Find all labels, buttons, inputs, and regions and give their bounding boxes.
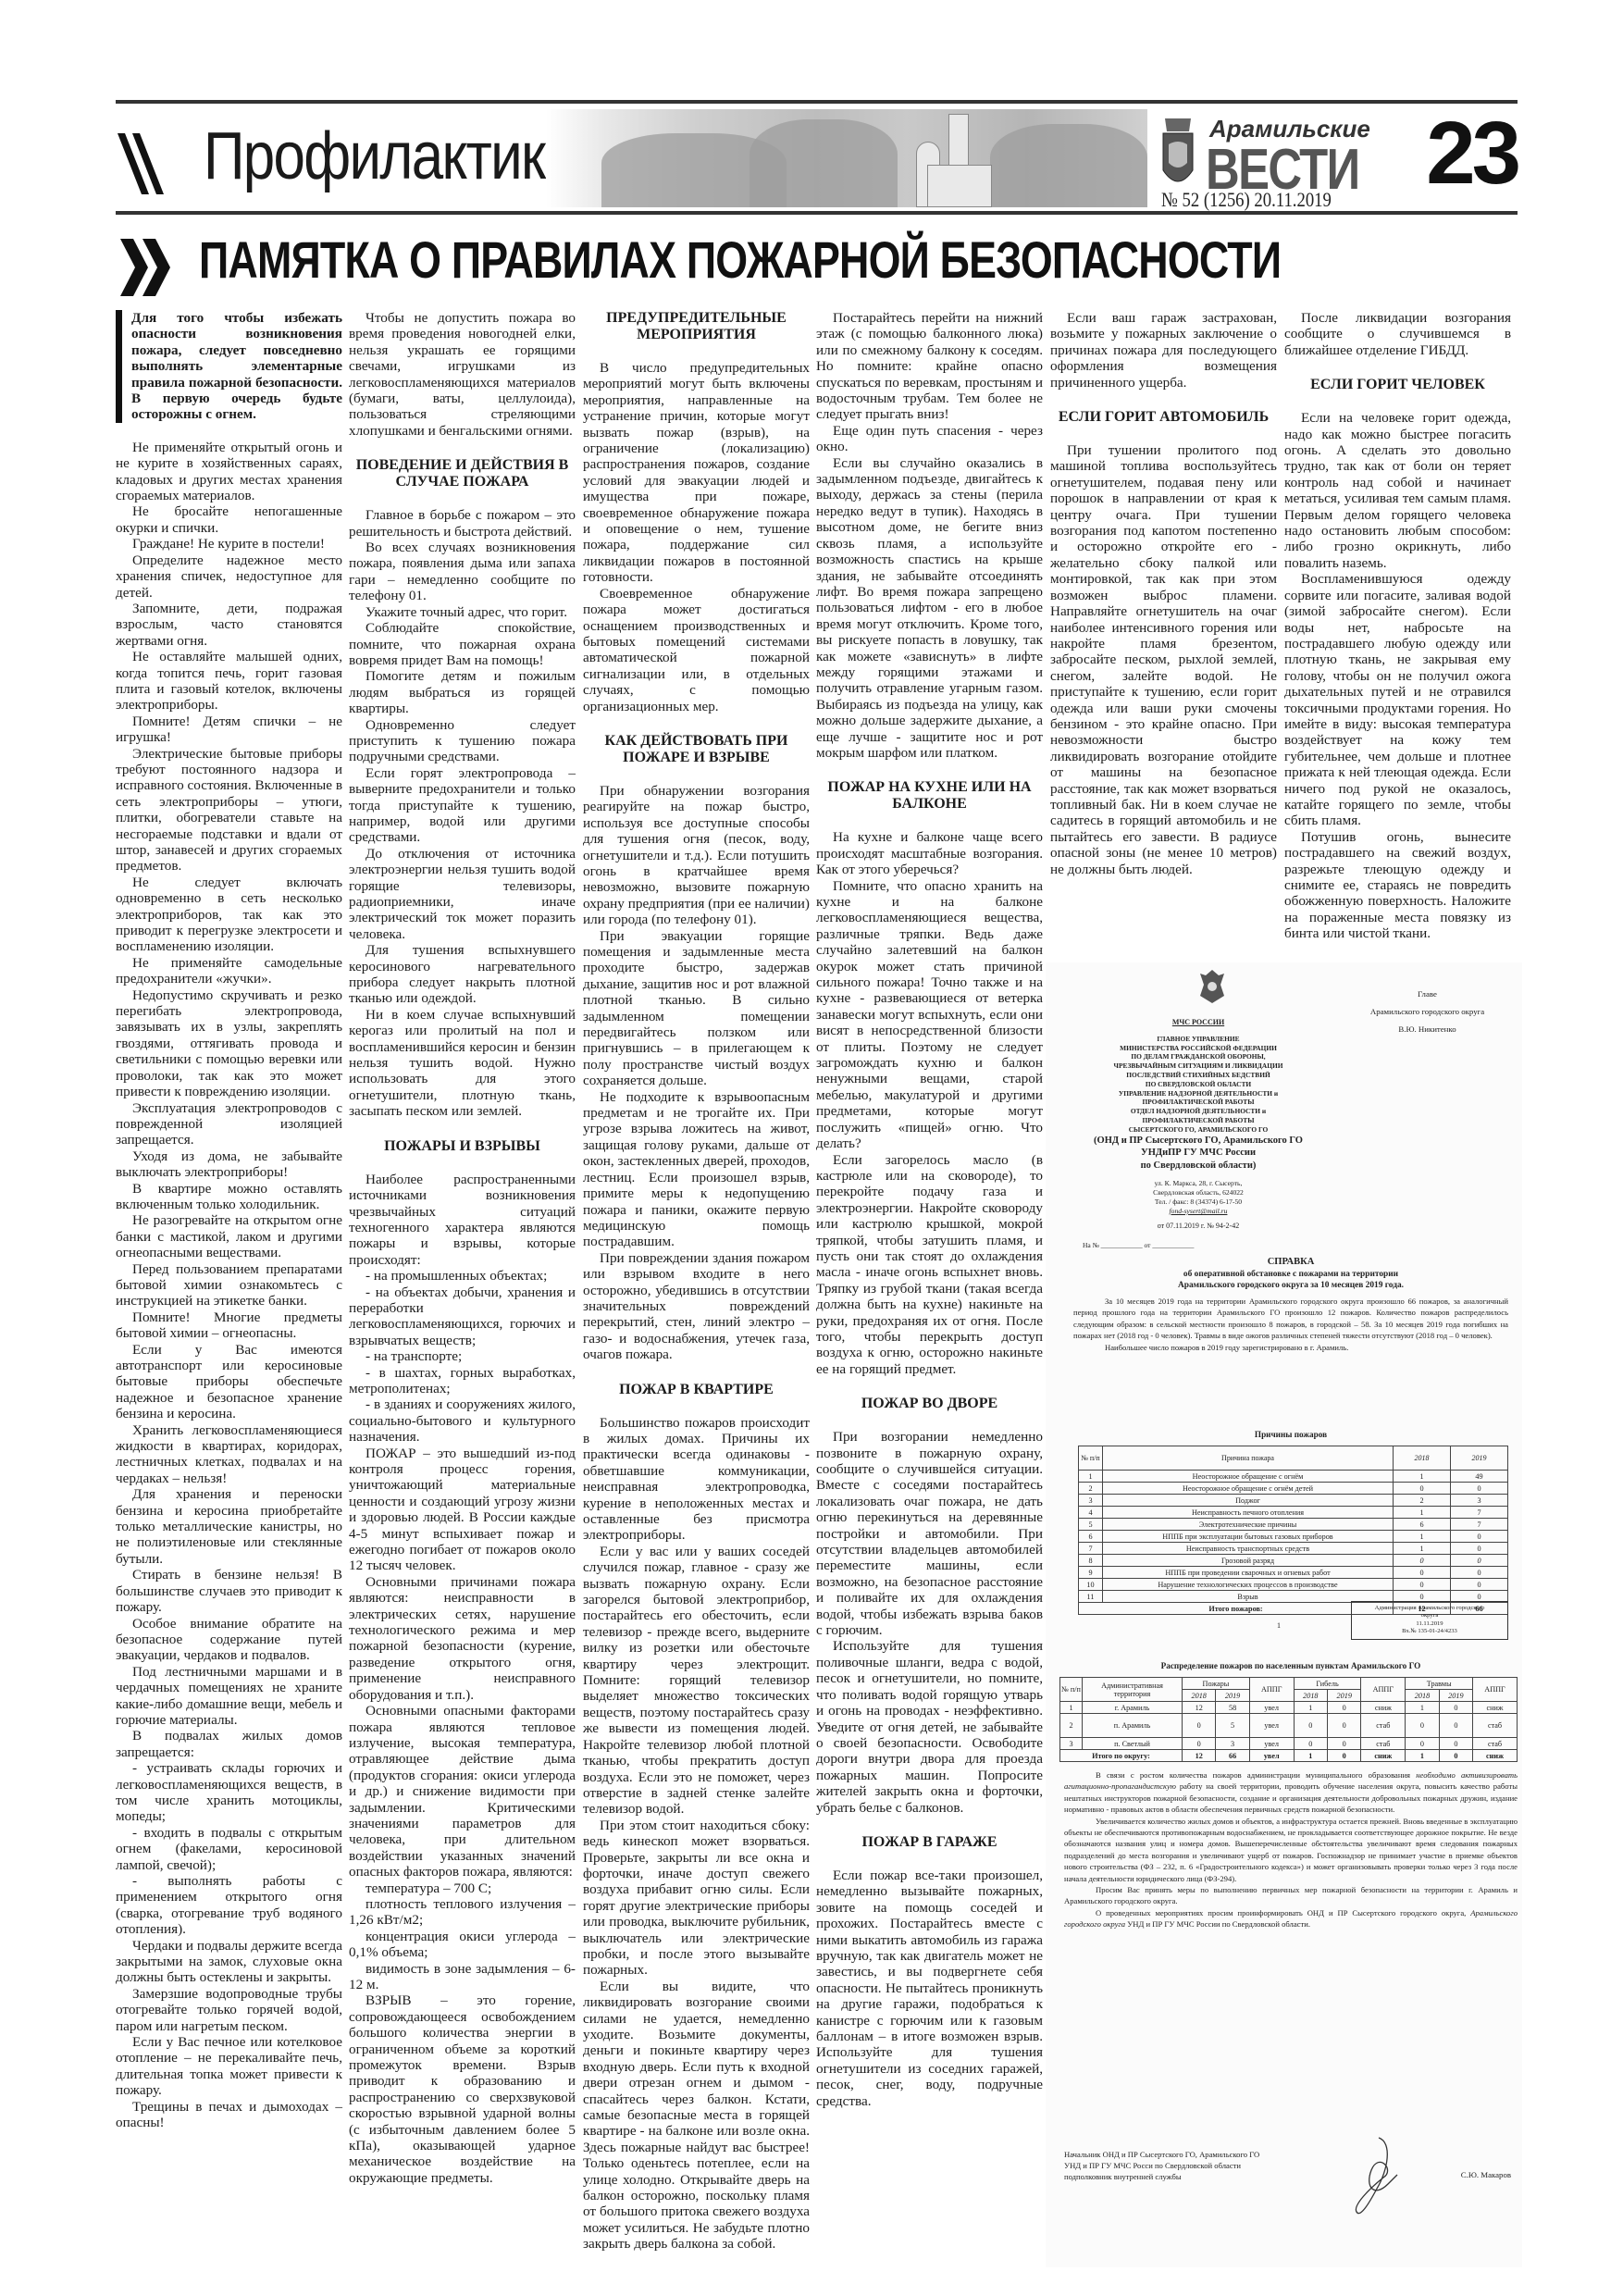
signer-title: Начальник ОНД и ПР Сысертского ГО, Арами…: [1064, 2149, 1342, 2182]
table-cell: 7: [1079, 1543, 1103, 1555]
table-cell: Итого пожаров:: [1079, 1603, 1394, 1615]
table-cell: 8: [1079, 1555, 1103, 1567]
table-cell: 0: [1183, 1714, 1216, 1738]
table-cell: 1: [1394, 1543, 1451, 1555]
text-block: УНД и ПР ГУ МЧС Росси по Свердловской об…: [1064, 2160, 1342, 2171]
text-block: Потушив огонь, вынесите пострадавшего на…: [1284, 829, 1511, 942]
text-block: - входить в подвалы с открытым огнем (фа…: [116, 1825, 342, 1873]
text-block: Просим Вас принять меры по выполнению пе…: [1064, 1884, 1518, 1907]
text-block: Не бросайте непогашенные окурки и спички…: [116, 503, 342, 536]
text-block: ПРОФИЛАКТИЧЕСКОЙ РАБОТЫ: [1064, 1098, 1332, 1107]
table-cell: 0: [1406, 1714, 1439, 1738]
text-block: Ни в коем случае вспыхнувший керогаз или…: [349, 1007, 576, 1120]
text-block: ОТДЕЛ НАДЗОРНОЙ ДЕЯТЕЛЬНОСТИ и: [1064, 1107, 1332, 1116]
table-cell: 1: [1294, 1702, 1327, 1714]
text-block: Определите надежное место хранения спиче…: [116, 552, 342, 601]
text-block: Соблюдайте спокойствие, помните, что пож…: [349, 620, 576, 668]
table-cell: 2019: [1439, 1690, 1472, 1702]
table-cell: 4: [1079, 1507, 1103, 1519]
text-block: На кухне и балконе чаще всего происходят…: [816, 829, 1043, 877]
sender-block: МЧС РОССИИ ГЛАВНОЕ УПРАВЛЕНИЕМИНИСТЕРСТВ…: [1064, 1018, 1332, 1231]
double-chevron-icon: [118, 237, 174, 298]
table-cell: 2018: [1406, 1690, 1439, 1702]
table-cell: 5: [1079, 1519, 1103, 1531]
text-block: Администрация Арамильского городского: [1355, 1605, 1505, 1612]
table-cell: стаб: [1473, 1738, 1518, 1750]
text-block: Электрические бытовые приборы требуют по…: [116, 746, 342, 875]
table-cell: 0: [1451, 1555, 1508, 1567]
text-block: Арамильского городского округа: [1342, 1003, 1513, 1021]
text-block: О проведенных мероприятиях просим проинф…: [1064, 1907, 1518, 1930]
table-cell: сниж: [1473, 1702, 1518, 1714]
text-block: Эксплуатация электропроводов с поврежден…: [116, 1100, 342, 1148]
email-link[interactable]: fond-sysert@mail.ru: [1064, 1207, 1332, 1216]
text-block: Хранить легковоспламеняющиеся жидкости в…: [116, 1422, 342, 1487]
text-block: Граждане! Не курите в постели!: [116, 536, 342, 552]
table-cell: 2018: [1183, 1690, 1216, 1702]
article-column-3: ПРЕДУПРЕДИТЕЛЬНЫЕ МЕРОПРИЯТИЯ В число пр…: [583, 310, 810, 2253]
signer-name: С.Ю. Макаров: [1461, 2170, 1511, 2179]
mchs-emblem-icon: [1198, 968, 1226, 1005]
text-block: - на транспорте;: [349, 1348, 576, 1364]
text-block: - на объектах добычи, хранения и перераб…: [349, 1285, 576, 1349]
table-cell: 7: [1451, 1507, 1508, 1519]
text-block: Основными опасными факторами пожара явля…: [349, 1703, 576, 1880]
table-cell: АППГ: [1249, 1678, 1294, 1702]
signature-icon: [1351, 2133, 1402, 2221]
heading-car: ЕСЛИ ГОРИТ АВТОМОБИЛЬ: [1050, 409, 1277, 426]
text-block: До отключения от источника электроэнерги…: [349, 846, 576, 942]
table-cell: п. Светлый: [1083, 1738, 1183, 1750]
text-block: МИНИСТЕРСТВА РОССИЙСКОЙ ФЕДЕРАЦИИ: [1064, 1044, 1332, 1053]
text-block: Свердловская область, 624022: [1064, 1188, 1332, 1198]
text-block: В связи с ростом количества пожаров адми…: [1096, 1770, 1410, 1780]
text-block: Используйте для тушения поливочные шланг…: [816, 1638, 1043, 1815]
table-cell: сниж: [1361, 1750, 1406, 1762]
text-block: Одновременно следует приступить к тушени…: [349, 717, 576, 765]
heading-garage: ПОЖАР В ГАРАЖЕ: [816, 1834, 1043, 1851]
article-column-1: Для того чтобы избежать опасности возник…: [116, 310, 342, 2131]
table-cell: 3: [1060, 1738, 1083, 1750]
text-block: Не подходите к взрывоопасным предметам и…: [583, 1089, 810, 1250]
table-cell: сниж: [1473, 1750, 1518, 1762]
table-row: 2Неосторожное обращение с огнём детей00: [1079, 1483, 1508, 1495]
text-block: Не разогревайте на открытом огне банки с…: [116, 1212, 342, 1260]
text-block: Если ваш гараж застрахован, возьмите у п…: [1050, 310, 1277, 391]
text-block: - в шахтах, горных выработках, метрополи…: [349, 1365, 576, 1397]
text-block: Если вы видите, что ликвидировать возгор…: [583, 1979, 810, 2253]
article-title: ПАМЯТКА О ПРАВИЛАХ ПОЖАРНОЙ БЕЗОПАСНОСТИ: [199, 230, 1281, 290]
table-cell: 0: [1439, 1714, 1472, 1738]
letter-ref: от 07.11.2019 г. № 94-2-42: [1064, 1222, 1332, 1231]
text-block: ЧРЕЗВЫЧАЙНЫМ СИТУАЦИЯМ И ЛИКВИДАЦИИ: [1064, 1061, 1332, 1071]
text-block: При повреждении здания пожаром или взрыв…: [583, 1250, 810, 1363]
text-block: ПОЖАР – это вышедший из-под контроля про…: [349, 1446, 576, 1574]
text-block: Если загорелось масло (в кастрюле или на…: [816, 1152, 1043, 1378]
table-cell: 2019: [1216, 1690, 1249, 1702]
table-cell: 49: [1451, 1471, 1508, 1483]
table-cell: 2: [1079, 1483, 1103, 1495]
text-block: Вх.№ 135-01-24/4233: [1355, 1628, 1505, 1635]
text-block: плотность теплового излучения – 1,26 кВт…: [349, 1896, 576, 1929]
text-block: В число предупредительных мероприятий мо…: [583, 360, 810, 586]
table-cell: Итого по округу:: [1060, 1750, 1183, 1762]
table-cell: стаб: [1361, 1714, 1406, 1738]
table-cell: Гибель: [1294, 1678, 1361, 1690]
table-row: 7Неисправность транспортных средств10: [1079, 1543, 1508, 1555]
fire-distribution-table: № п/п Административная территория Пожары…: [1059, 1677, 1518, 1762]
table-cell: 11: [1079, 1591, 1103, 1603]
text-block: Помогите детям и пожилым людям выбраться…: [349, 668, 576, 716]
table-cell: 0: [1394, 1579, 1451, 1591]
table-cell: 0: [1328, 1738, 1361, 1750]
text-block: ул. К. Маркса, 28, г. Сысерть,: [1064, 1179, 1332, 1188]
table-cell: 0: [1439, 1738, 1472, 1750]
table-cell: Неисправность транспортных средств: [1103, 1543, 1394, 1555]
text-block: Запомните, дети, подражая взрослым, част…: [116, 601, 342, 649]
table-cell: Травмы: [1406, 1678, 1473, 1690]
table-cell: 6: [1394, 1519, 1451, 1531]
text-block: Для тушения вспыхнувшего керосинового на…: [349, 942, 576, 1007]
table-cell: 6: [1079, 1531, 1103, 1543]
letter-page-number: 1: [1277, 1621, 1281, 1630]
text-block: Замерзшие водопроводные трубы отогревайт…: [116, 1986, 342, 2034]
text-block: При эвакуации горящие помещения и задымл…: [583, 928, 810, 1089]
table-cell: 58: [1216, 1702, 1249, 1714]
text-block: Если у Вас печное или котелковое отоплен…: [116, 2034, 342, 2099]
table-row: 8Грозовой разряд00: [1079, 1555, 1508, 1567]
causes-table-title: Причины пожаров: [1073, 1430, 1508, 1439]
text-block: Если на человеке горит одежда, надо как …: [1284, 410, 1511, 571]
text-block: Не следует включать одновременно в сеть …: [116, 875, 342, 955]
text-block: - устраивать склады горючих и легковоспл…: [116, 1760, 342, 1825]
text-block: Большинство пожаров происходит в жилых д…: [583, 1415, 810, 1544]
table-cell: Нарушение технологических процессов в пр…: [1103, 1579, 1394, 1591]
text-block: 11.11.2019: [1355, 1620, 1505, 1628]
table-cell: НППБ при проведении сварочных и огневых …: [1103, 1567, 1394, 1579]
text-block: Не оставляйте малышей одних, когда топит…: [116, 649, 342, 714]
table-row: № п/п Причина пожара 2018 2019: [1079, 1446, 1508, 1471]
table-cell: 0: [1439, 1750, 1472, 1762]
table-cell: Поджог: [1103, 1495, 1394, 1507]
text-block: Помните, что опасно хранить на кухне и н…: [816, 878, 1043, 1152]
text-block: При этом стоит находиться сбоку: ведь ки…: [583, 1818, 810, 1979]
table-cell: 2019: [1451, 1446, 1508, 1471]
table-cell: АППГ: [1361, 1678, 1406, 1702]
table-cell: п. Арамиль: [1083, 1714, 1183, 1738]
text-block: УНДиПР ГУ МЧС России: [1064, 1147, 1332, 1160]
page-header: Профилактика Арамильские ВЕСТИ № 52 (125…: [116, 109, 1518, 211]
table-cell: НППБ при эксплуатации бытовых газовых пр…: [1103, 1531, 1394, 1543]
text-block: Увеличивается количество жилых домов и о…: [1064, 1816, 1518, 1884]
text-block: - выполнять работы с применением открыто…: [116, 1873, 342, 1938]
text-block: После ликвидации возгорания сообщите о с…: [1284, 310, 1511, 358]
table-cell: 0: [1294, 1738, 1327, 1750]
text-block: по Свердловской области): [1064, 1160, 1332, 1173]
table-cell: 3: [1079, 1495, 1103, 1507]
table-cell: увел: [1249, 1702, 1294, 1714]
heading-fires-explosions: ПОЖАРЫ И ВЗРЫВЫ: [349, 1138, 576, 1155]
table-cell: г. Арамиль: [1083, 1702, 1183, 1714]
text-block: Тел. / факс: 8 (34374) 6-17-50: [1064, 1198, 1332, 1207]
text-block: Перед пользованием препаратами бытовой х…: [116, 1261, 342, 1309]
text-block: Наиболее распространенными источниками в…: [349, 1172, 576, 1268]
text-block: Если горят электропровода – выверните пр…: [349, 765, 576, 846]
table-cell: 1: [1394, 1531, 1451, 1543]
text-block: ГЛАВНОЕ УПРАВЛЕНИЕ: [1064, 1035, 1332, 1044]
text-block: Помните! Детям спички – не игрушка!: [116, 714, 342, 746]
table-cell: 0: [1451, 1567, 1508, 1579]
text-block: Еще один путь спасения - через окно.: [816, 423, 1043, 455]
fire-causes-table: № п/п Причина пожара 2018 2019 1Неосторо…: [1078, 1446, 1508, 1615]
table-cell: 0: [1328, 1702, 1361, 1714]
text-block: температура – 700 С;: [349, 1880, 576, 1896]
table-cell: 2: [1394, 1495, 1451, 1507]
article-lead: Для того чтобы избежать опасности возник…: [116, 310, 342, 423]
text-block: ПРОФИЛАКТИЧЕСКОЙ РАБОТЫ: [1064, 1116, 1332, 1125]
header-top-rule: [116, 100, 1518, 104]
table-cell: 0: [1439, 1702, 1472, 1714]
table-cell: Пожары: [1183, 1678, 1250, 1690]
table-cell: сниж: [1361, 1702, 1406, 1714]
table-cell: 0: [1394, 1555, 1451, 1567]
text-block: В квартире можно оставлять включенным то…: [116, 1181, 342, 1213]
text-block: Чтобы не допустить пожара во время прове…: [349, 310, 576, 439]
table-cell: 1: [1294, 1750, 1327, 1762]
table-row: № п/п Административная территория Пожары…: [1060, 1678, 1518, 1690]
table-cell: Неосторожное обращение с огнём: [1103, 1471, 1394, 1483]
text-block: Главе: [1342, 986, 1513, 1003]
text-block: Недопустимо скручивать и резко перегибат…: [116, 987, 342, 1100]
table-cell: увел: [1249, 1714, 1294, 1738]
text-block: Трещины в печах и дымоходах – опасны!: [116, 2099, 342, 2131]
text-block: УПРАВЛЕНИЕ НАДЗОРНОЙ ДЕЯТЕЛЬНОСТИ и: [1064, 1089, 1332, 1098]
table-cell: Причина пожара: [1103, 1446, 1394, 1471]
text-block: При обнаружении возгорания реагируйте на…: [583, 783, 810, 928]
article-column-4: Постарайтесь перейти на нижний этаж (с п…: [816, 310, 1043, 2109]
table-cell: Неосторожное обращение с огнём детей: [1103, 1483, 1394, 1495]
table-cell: Административная территория: [1083, 1678, 1183, 1702]
heading-apartment: ПОЖАР В КВАРТИРЕ: [583, 1382, 810, 1398]
text-block: Если вы случайно оказались в задымленном…: [816, 455, 1043, 762]
text-block: В.Ю. Никитенко: [1342, 1021, 1513, 1038]
table-cell: 5: [1216, 1714, 1249, 1738]
letter-body: В связи с ростом количества пожаров адми…: [1064, 1769, 1518, 1930]
issue-number-date: № 52 (1256) 20.11.2019: [1161, 188, 1332, 212]
text-block: Не применяйте открытый огонь и не курите…: [116, 440, 342, 504]
text-block: Укажите точный адрес, что горит.: [349, 604, 576, 620]
text-block: Арамильского городского округа за 10 мес…: [1073, 1280, 1508, 1292]
spravka-heading: СПРАВКА об оперативной обстановке с пожа…: [1073, 1257, 1508, 1292]
table-row: 1г. Арамиль1258увел10сниж10сниж: [1060, 1702, 1518, 1714]
text-block: В связи с ростом количества пожаров адми…: [1064, 1769, 1518, 1816]
text-block: Особое внимание обратите на безопасное с…: [116, 1616, 342, 1664]
header-bottom-rule: [116, 211, 1518, 215]
registration-stamp: Администрация Арамильского городскогоокр…: [1351, 1601, 1508, 1640]
table-cell: увел: [1249, 1750, 1294, 1762]
text-block: концентрация окиси углерода – 0,1% объем…: [349, 1929, 576, 1961]
heading-kitchen: ПОЖАР НА КУХНЕ ИЛИ НА БАЛКОНЕ: [816, 779, 1043, 813]
text-block: СЫСЕРТСКОГО ГО, АРАМИЛЬСКОГО ГО: [1064, 1125, 1332, 1135]
table-cell: 12: [1183, 1702, 1216, 1714]
text-block: - в зданиях и сооружениях жилого, социал…: [349, 1396, 576, 1445]
table-cell: 7: [1451, 1519, 1508, 1531]
table-cell: 10: [1079, 1579, 1103, 1591]
table-cell: 0: [1394, 1483, 1451, 1495]
heading-behavior: ПОВЕДЕНИЕ И ДЕЙСТВИЯ В СЛУЧАЕ ПОЖАРА: [349, 457, 576, 490]
text-block: (ОНД и ПР Сысертского ГО, Арамильского Г…: [1064, 1135, 1332, 1148]
heading-person: ЕСЛИ ГОРИТ ЧЕЛОВЕК: [1284, 377, 1511, 393]
table-cell: № п/п: [1079, 1446, 1103, 1471]
text-block: За 10 месяцев 2019 года на территории Ар…: [1073, 1296, 1508, 1342]
reference-line: На № ____________ от ____________: [1083, 1241, 1194, 1249]
text-block: об оперативной обстановке с пожарами на …: [1073, 1269, 1508, 1281]
table-cell: стаб: [1361, 1738, 1406, 1750]
city-emblem-icon: [1159, 117, 1196, 194]
page-number: 23: [1426, 109, 1518, 198]
table-row: 9НППБ при проведении сварочных и огневых…: [1079, 1567, 1508, 1579]
text-block: Наибольшее число пожаров в 2019 году зар…: [1073, 1342, 1508, 1353]
section-title: Профилактика: [204, 118, 576, 194]
table-cell: 0: [1406, 1738, 1439, 1750]
text-block: Не применяйте самодельные предохранители…: [116, 955, 342, 987]
addressee: Главе Арамильского городского округа В.Ю…: [1342, 986, 1513, 1038]
heading-how-to-act: КАК ДЕЙСТВОВАТЬ ПРИ ПОЖАРЕ И ВЗРЫВЕ: [583, 733, 810, 766]
text-block: При возгорании немедленно позвоните в по…: [816, 1429, 1043, 1638]
table-cell: 2018: [1294, 1690, 1327, 1702]
text-block: Своевременное обнаружение пожара может д…: [583, 586, 810, 714]
table-cell: 0: [1451, 1579, 1508, 1591]
table-cell: 1: [1394, 1471, 1451, 1483]
text-block: Постарайтесь перейти на нижний этаж (с п…: [816, 310, 1043, 423]
table-row: 4Неисправность печного отопления17: [1079, 1507, 1508, 1519]
text-block: МЧС РОССИИ: [1064, 1018, 1332, 1027]
text-block: видимость в зоне задымления – 6-12 м.: [349, 1961, 576, 1993]
text-block: ПО СВЕРДЛОВСКОЙ ОБЛАСТИ: [1064, 1080, 1332, 1089]
table-cell: 66: [1216, 1750, 1249, 1762]
text-block: Если пожар все-таки произошел, немедленн…: [816, 1868, 1043, 2109]
text-block: Главное в борьбе с пожаром – это решител…: [349, 507, 576, 540]
text-block: Начальник ОНД и ПР Сысертского ГО, Арами…: [1064, 2149, 1342, 2160]
text-block: ВЗРЫВ – это горение, сопровождающееся ос…: [349, 1992, 576, 2186]
table-cell: 1: [1406, 1750, 1439, 1762]
header-photo: [546, 109, 1147, 207]
text-block: Во всех случаях возникновения пожара, по…: [349, 540, 576, 604]
table-cell: 0: [1328, 1750, 1361, 1762]
text-block: ул. К. Маркса, 28, г. Сысерть,Свердловск…: [1064, 1179, 1332, 1216]
text-block: Если у вас или у ваших соседей случился …: [583, 1544, 810, 1818]
table-cell: Неисправность печного отопления: [1103, 1507, 1394, 1519]
table-cell: стаб: [1473, 1714, 1518, 1738]
text-block: Стирать в бензине нельзя! В большинстве …: [116, 1567, 342, 1615]
table-cell: 2: [1060, 1714, 1083, 1738]
article-column-2: Чтобы не допустить пожара во время прове…: [349, 310, 576, 2186]
spravka-body: За 10 месяцев 2019 года на территории Ар…: [1073, 1296, 1508, 1353]
text-block: Чердаки и подвалы держите всегда закрыты…: [116, 1938, 342, 1986]
double-slash-icon: [116, 131, 171, 196]
table-cell: 0: [1451, 1483, 1508, 1495]
table-cell: 12: [1183, 1750, 1216, 1762]
table-cell: Грозовой разряд: [1103, 1555, 1394, 1567]
table-cell: 1: [1394, 1507, 1451, 1519]
text-block: - на промышленных объектах;: [349, 1268, 576, 1284]
text-block: В подвалах жилых домов запрещается:: [116, 1728, 342, 1760]
distribution-table-title: Распределение пожаров по населенным пунк…: [1064, 1661, 1518, 1670]
table-cell: 3: [1216, 1738, 1249, 1750]
text-block: ПОСЛЕДСТВИЙ СТИХИЙНЫХ БЕДСТВИЙ: [1064, 1071, 1332, 1080]
text-block: Помните! Многие предметы бытовой химии –…: [116, 1309, 342, 1342]
table-cell: 0: [1451, 1531, 1508, 1543]
table-cell: 2018: [1394, 1446, 1451, 1471]
table-cell: Электротехнические причины: [1103, 1519, 1394, 1531]
table-cell: 0: [1394, 1567, 1451, 1579]
table-row: 6НППБ при эксплуатации бытовых газовых п…: [1079, 1531, 1508, 1543]
table-total-row: Итого по округу:1266увел10сниж10сниж: [1060, 1750, 1518, 1762]
text-block: Воспламенившуюся одежду сорвите или пога…: [1284, 571, 1511, 829]
table-cell: 1: [1060, 1702, 1083, 1714]
table-cell: 0: [1328, 1714, 1361, 1738]
table-row: 2п. Арамиль05увел00стаб00стаб: [1060, 1714, 1518, 1738]
text-block: подполковник внутренней службы: [1064, 2171, 1342, 2182]
table-row: 3п. Светлый03увел00стаб00стаб: [1060, 1738, 1518, 1750]
text-block: О проведенных мероприятиях просим проинф…: [1096, 1908, 1466, 1917]
text-block: Под лестничными маршами и в чердачных по…: [116, 1664, 342, 1729]
heading-yard: ПОЖАР ВО ДВОРЕ: [816, 1396, 1043, 1412]
text-block: округа: [1355, 1612, 1505, 1620]
text-block: Для того чтобы избежать опасности возник…: [131, 310, 342, 423]
table-cell: 0: [1294, 1714, 1327, 1738]
article-column-5: Если ваш гараж застрахован, возьмите у п…: [1050, 310, 1277, 958]
article-column-6: После ликвидации возгорания сообщите о с…: [1284, 310, 1511, 958]
table-cell: Взрыв: [1103, 1591, 1394, 1603]
text-block: СПРАВКА: [1073, 1257, 1508, 1269]
table-cell: 1: [1406, 1702, 1439, 1714]
table-cell: 3: [1451, 1495, 1508, 1507]
table-cell: 0: [1451, 1543, 1508, 1555]
table-row: 3Поджог23: [1079, 1495, 1508, 1507]
text-block: При тушении пролитого под машиной топлив…: [1050, 442, 1277, 877]
table-cell: 0: [1183, 1738, 1216, 1750]
table-cell: увел: [1249, 1738, 1294, 1750]
official-letter-scan: МЧС РОССИИ ГЛАВНОЕ УПРАВЛЕНИЕМИНИСТЕРСТВ…: [1046, 962, 1522, 2267]
text-block: Для хранения и переноски бензина и керос…: [116, 1486, 342, 1567]
text-block: Если у Вас имеются автотранспорт или кер…: [116, 1342, 342, 1422]
text-block: ПО ДЕЛАМ ГРАЖДАНСКОЙ ОБОРОНЫ,: [1064, 1052, 1332, 1061]
table-cell: № п/п: [1060, 1678, 1083, 1702]
text-block: Основными причинами пожара являются: неи…: [349, 1574, 576, 1703]
table-row: 1Неосторожное обращение с огнём149: [1079, 1471, 1508, 1483]
table-cell: 1: [1079, 1471, 1103, 1483]
heading-prevention: ПРЕДУПРЕДИТЕЛЬНЫЕ МЕРОПРИЯТИЯ: [583, 310, 810, 343]
table-row: 5Электротехнические причины67: [1079, 1519, 1508, 1531]
text-block: УНД и ПР ГУ МЧС России по Свердловской о…: [1127, 1919, 1310, 1929]
table-cell: 2019: [1328, 1690, 1361, 1702]
table-cell: АППГ: [1473, 1678, 1518, 1702]
text-block: Уходя из дома, не забывайте выключать эл…: [116, 1148, 342, 1181]
table-row: 10Нарушение технологических процессов в …: [1079, 1579, 1508, 1591]
table-cell: 9: [1079, 1567, 1103, 1579]
